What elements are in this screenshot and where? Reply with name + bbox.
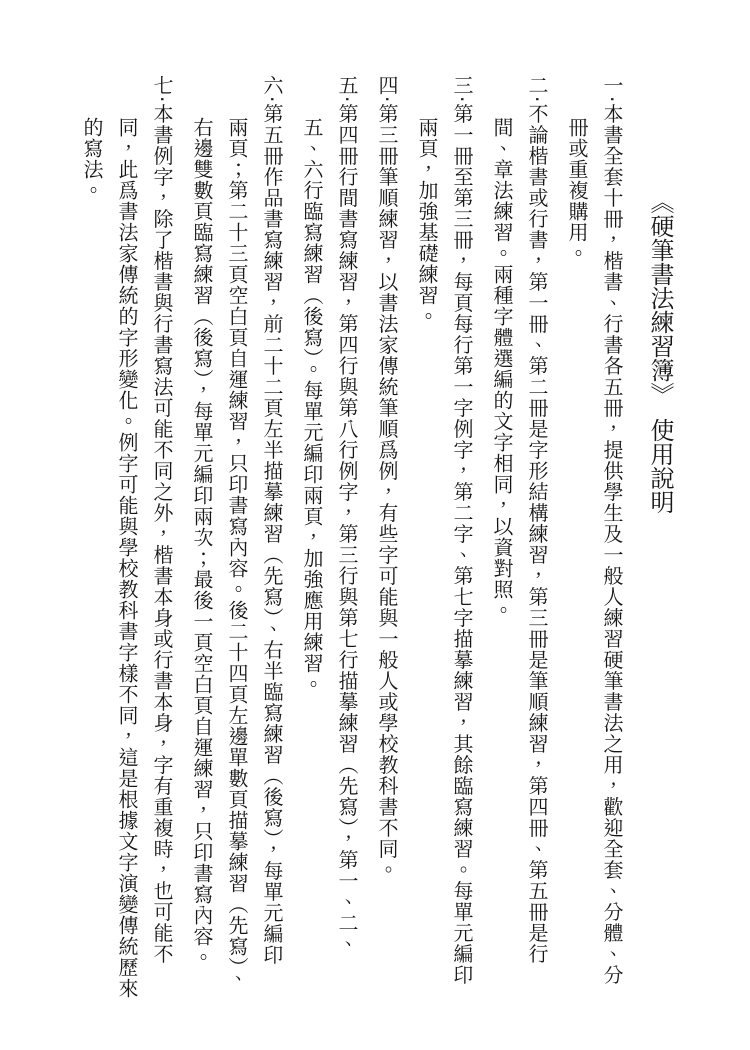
item-5-column-2: 五、六行臨寫練習（後寫）。每單元編印兩頁，加強應用練習。 [293, 75, 328, 1003]
item-6-column-1: 六‧第五冊作品書寫練習，前二十二頁左半描摹練習（先寫）、右半臨寫練習（後寫），每… [253, 75, 288, 1003]
item-2-column-2: 間、章法練習。兩種字體選編的文字相同，以資對照。 [483, 75, 518, 1003]
instruction-item-1: 一‧本書全套十冊，楷書、行書各五冊，提供學生及一般人練習硬筆書法之用，歡迎全套、… [558, 75, 628, 1003]
instruction-item-6: 六‧第五冊作品書寫練習，前二十二頁左半描摹練習（先寫）、右半臨寫練習（後寫），每… [183, 75, 288, 1003]
item-3-column-1: 三‧第一冊至第三冊，每頁每行第一字例字，第二字、第七字描摹練習，其餘臨寫練習。每… [443, 75, 478, 1003]
item-4-column-1: 四‧第三冊筆順練習，以書法家傳統筆順爲例，有些字可能與一般人或學校教科書不同。 [368, 75, 403, 1003]
item-7-column-3: 的寫法。 [73, 75, 108, 1003]
document-page: 《硬筆書法練習簿》 使用說明 一‧本書全套十冊，楷書、行書各五冊，提供學生及一般… [0, 0, 750, 1050]
page-title: 《硬筆書法練習簿》 使用說明 [638, 75, 680, 1003]
item-3-column-2: 兩頁，加強基礎練習。 [408, 75, 443, 1003]
instruction-item-4: 四‧第三冊筆順練習，以書法家傳統筆順爲例，有些字可能與一般人或學校教科書不同。 [368, 75, 403, 1003]
instruction-item-5: 五‧第四冊行間書寫練習，第四行與第八行例字，第三行與第七行描摹練習（先寫），第一… [293, 75, 363, 1003]
item-7-column-1: 七‧本書例字，除了楷書與行書寫法可能不同之外，楷書本身或行書本身，字有重複時，也… [143, 75, 178, 1003]
item-1-column-2: 冊或重複購用。 [558, 75, 593, 1003]
instruction-item-2: 二‧不論楷書或行書，第一冊、第二冊是字形結構練習，第三冊是筆順練習，第四冊、第五… [483, 75, 553, 1003]
item-2-column-1: 二‧不論楷書或行書，第一冊、第二冊是字形結構練習，第三冊是筆順練習，第四冊、第五… [518, 75, 553, 1003]
instruction-item-7: 七‧本書例字，除了楷書與行書寫法可能不同之外，楷書本身或行書本身，字有重複時，也… [73, 75, 178, 1003]
item-5-column-1: 五‧第四冊行間書寫練習，第四行與第八行例字，第三行與第七行描摹練習（先寫），第一… [328, 75, 363, 1003]
vertical-text-block: 《硬筆書法練習簿》 使用說明 一‧本書全套十冊，楷書、行書各五冊，提供學生及一般… [68, 75, 680, 1003]
item-6-column-2: 兩頁；第二十三頁空白頁自運練習，只印書寫內容。後二十四頁左邊單數頁描摹練習（先寫… [218, 75, 253, 1003]
item-7-column-2: 同，此爲書法家傳統的字形變化。例字可能與學校教科書字樣不同，這是根據文字演變傳統… [108, 75, 143, 1003]
item-6-column-3: 右邊雙數頁臨寫練習（後寫），每單元編印兩次；最後一頁空白頁自運練習，只印書寫內容… [183, 75, 218, 1003]
item-1-column-1: 一‧本書全套十冊，楷書、行書各五冊，提供學生及一般人練習硬筆書法之用，歡迎全套、… [593, 75, 628, 1003]
instruction-item-3: 三‧第一冊至第三冊，每頁每行第一字例字，第二字、第七字描摹練習，其餘臨寫練習。每… [408, 75, 478, 1003]
